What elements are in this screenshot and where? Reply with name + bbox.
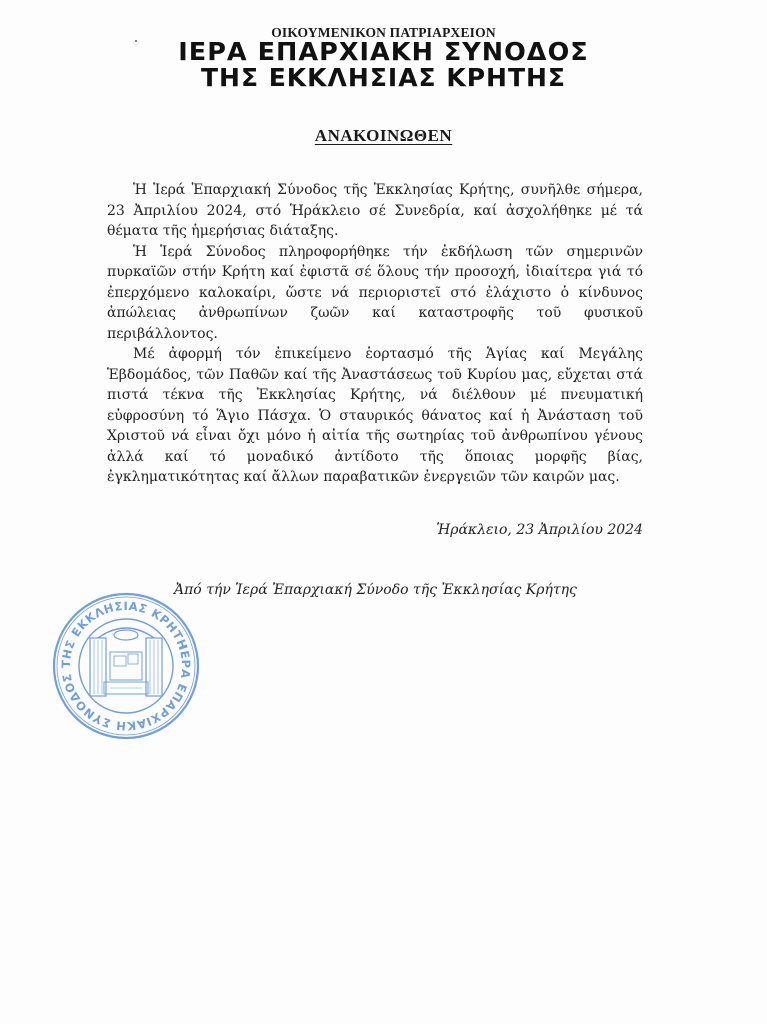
document-page: ΟΙΚΟΥΜΕΝΙΚΟΝ ΠΑΤΡΙΑΡΧΕΙΟΝ ΙΕΡΑ ΕΠΑΡΧΙΑΚΗ… xyxy=(0,0,767,1024)
signature-line: Ἀπό τήν Ἱερά Ἐπαρχιακή Σύνοδο τῆς Ἐκκλησ… xyxy=(174,582,577,598)
place-date: Ἡράκλειο, 23 Ἀπριλίου 2024 xyxy=(436,522,643,538)
document-title: ΑΝΑΚΟΙΝΩΘΕΝ xyxy=(0,126,767,146)
document-title-text: ΑΝΑΚΟΙΝΩΘΕΝ xyxy=(315,126,452,145)
paragraph-2: Ἡ Ἱερά Σύνοδος πληροφορήθηκε τήν ἐκδήλωσ… xyxy=(107,242,643,345)
synod-heading-line2: ΤΗΣ ΕΚΚΛΗΣΙΑΣ ΚΡΗΤΗΣ xyxy=(0,63,767,92)
document-body: Ἡ Ἱερά Ἐπαρχιακή Σύνοδος τῆς Ἐκκλησίας Κ… xyxy=(107,180,643,488)
paragraph-3: Μέ ἀφορμή τόν ἐπικείμενο ἑορτασμό τῆς Ἁγ… xyxy=(107,344,643,488)
synod-heading-line1: ΙΕΡΑ ΕΠΑΡΧΙΑΚΗ ΣΥΝΟΔΟΣ xyxy=(0,37,767,66)
synod-seal-stamp-icon: ΙΕΡΑ ΕΠΑΡΧΙΑΚΗ ΣΥΝΟΔΟΣ ΤΗΣ ΕΚΚΛΗΣΙΑΣ ΚΡΗ… xyxy=(50,590,202,742)
paragraph-1: Ἡ Ἱερά Ἐπαρχιακή Σύνοδος τῆς Ἐκκλησίας Κ… xyxy=(107,180,643,242)
